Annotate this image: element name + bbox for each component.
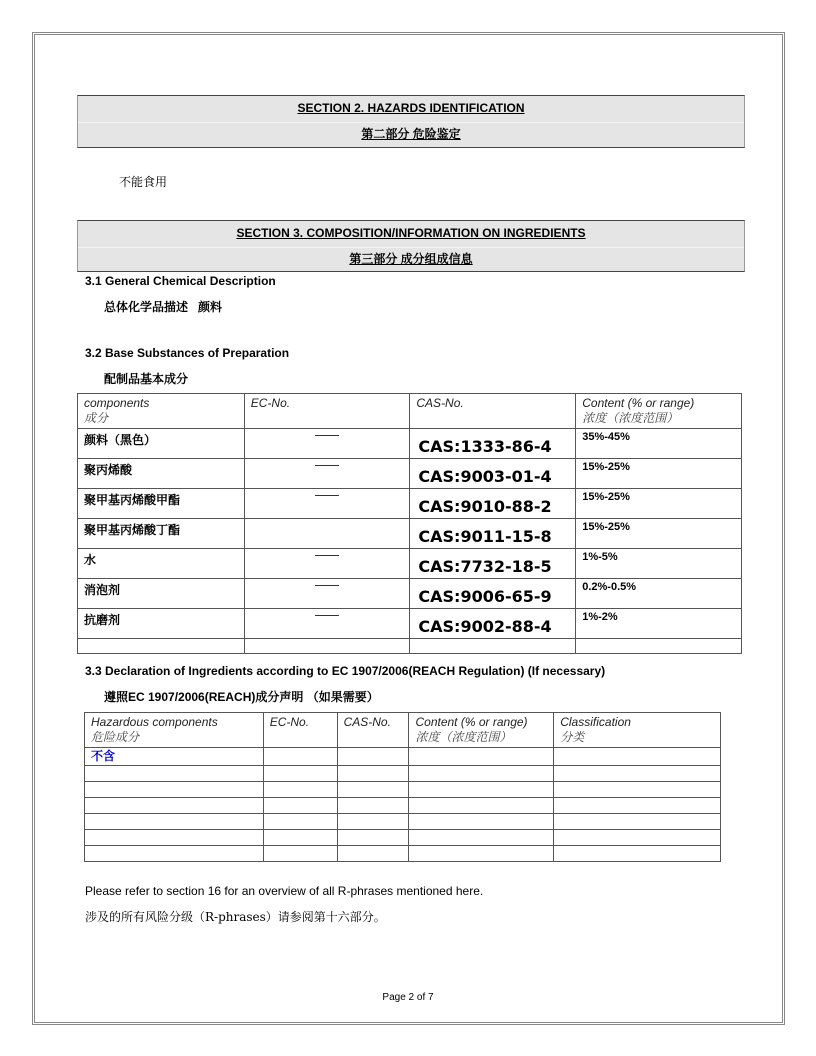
cas-no-cell: CAS:7732-18-5 [410,549,576,579]
header-content: Content (% or range)浓度（浓度范围） [576,394,742,429]
base-substances-table: components成分 EC-No. CAS-No. Content (% o… [77,393,742,654]
dash-mark [315,615,339,616]
table-row: 颜料（黑色）CAS:1333-86-435%-45% [78,429,742,459]
section-3-title-cn: 第三部分 成分组成信息 [78,248,744,272]
content-cell: 0.2%-0.5% [576,579,742,609]
ec-no-cell [244,459,410,489]
component-cell: 聚丙烯酸 [78,459,245,489]
dash-mark [315,555,339,556]
cas-no-cell: CAS:9006-65-9 [410,579,576,609]
content-cell: 15%-25% [576,519,742,549]
section-3-3-sub: 遵照EC 1907/2006(REACH)成分声明 （如果需要） [104,688,379,705]
header-ec-no: EC-No. [263,713,337,748]
table-row [85,814,721,830]
component-cell: 抗磨剂 [78,609,245,639]
table-row [85,846,721,862]
ec-no-cell [244,519,410,549]
table-row [78,639,742,654]
table-row [85,830,721,846]
content-cell: 1%-5% [576,549,742,579]
component-cell: 聚甲基丙烯酸丁酯 [78,519,245,549]
ec-no-cell [244,609,410,639]
cas-no-cell: CAS:9010-88-2 [410,489,576,519]
section-2-title-cn: 第二部分 危险鉴定 [78,123,744,147]
table-row: 抗磨剂CAS:9002-88-41%-2% [78,609,742,639]
table-row: 聚甲基丙烯酸甲酯CAS:9010-88-215%-25% [78,489,742,519]
table-header-row: Hazardous components危险成分 EC-No. CAS-No. … [85,713,721,748]
section-3-2-heading: 3.2 Base Substances of Preparation [85,346,289,360]
dash-mark [315,585,339,586]
content-cell: 15%-25% [576,459,742,489]
content-cell: 1%-2% [576,609,742,639]
not-contained-cell: 不含 [85,748,264,766]
ec-no-cell [244,489,410,519]
cas-no-cell [410,639,576,654]
section-2-body: 不能食用 [119,173,167,190]
header-cas-no: CAS-No. [337,713,409,748]
dash-mark [315,435,339,436]
header-hazardous-components: Hazardous components危险成分 [85,713,264,748]
header-content: Content (% or range)浓度（浓度范围） [409,713,554,748]
section-3-1-sub: 总体化学品描述 颜料 [104,298,222,315]
table-row [85,782,721,798]
header-components: components成分 [78,394,245,429]
cas-no-cell: CAS:9002-88-4 [410,609,576,639]
table-row [85,798,721,814]
component-cell: 聚甲基丙烯酸甲酯 [78,489,245,519]
table-row: 消泡剂CAS:9006-65-90.2%-0.5% [78,579,742,609]
header-classification: Classification分类 [554,713,721,748]
header-cas-no: CAS-No. [410,394,576,429]
table-header-row: components成分 EC-No. CAS-No. Content (% o… [78,394,742,429]
cas-no-cell: CAS:9011-15-8 [410,519,576,549]
content-cell: 35%-45% [576,429,742,459]
content-cell [576,639,742,654]
ec-no-cell [244,639,410,654]
ec-no-cell [244,579,410,609]
table-row: 水CAS:7732-18-51%-5% [78,549,742,579]
table-row: 聚丙烯酸CAS:9003-01-415%-25% [78,459,742,489]
component-cell: 颜料（黑色） [78,429,245,459]
ec-no-cell [244,429,410,459]
cas-no-cell: CAS:9003-01-4 [410,459,576,489]
table-row: 不含 [85,748,721,766]
content-cell: 15%-25% [576,489,742,519]
section-3-1-heading: 3.1 General Chemical Description [85,274,276,288]
cas-no-cell: CAS:1333-86-4 [410,429,576,459]
dash-mark [315,495,339,496]
section-2-title-en: SECTION 2. HAZARDS IDENTIFICATION [78,96,744,123]
component-cell [78,639,245,654]
section-3-2-sub: 配制品基本成分 [104,370,188,387]
section-2-header: SECTION 2. HAZARDS IDENTIFICATION 第二部分 危… [77,95,745,148]
header-ec-no: EC-No. [244,394,410,429]
component-cell: 消泡剂 [78,579,245,609]
ec-no-cell [244,549,410,579]
r-phrases-note-cn: 涉及的所有风险分级（R-phrases）请参阅第十六部分。 [85,908,386,925]
page-number: Page 2 of 7 [0,992,816,1003]
table-row: 聚甲基丙烯酸丁酯CAS:9011-15-815%-25% [78,519,742,549]
table-row [85,766,721,782]
component-cell: 水 [78,549,245,579]
section-3-3-heading: 3.3 Declaration of Ingredients according… [85,664,605,678]
section-3-title-en: SECTION 3. COMPOSITION/INFORMATION ON IN… [78,221,744,248]
reach-declaration-table: Hazardous components危险成分 EC-No. CAS-No. … [84,712,721,862]
dash-mark [315,465,339,466]
r-phrases-note-en: Please refer to section 16 for an overvi… [85,884,483,898]
section-3-header: SECTION 3. COMPOSITION/INFORMATION ON IN… [77,220,745,272]
